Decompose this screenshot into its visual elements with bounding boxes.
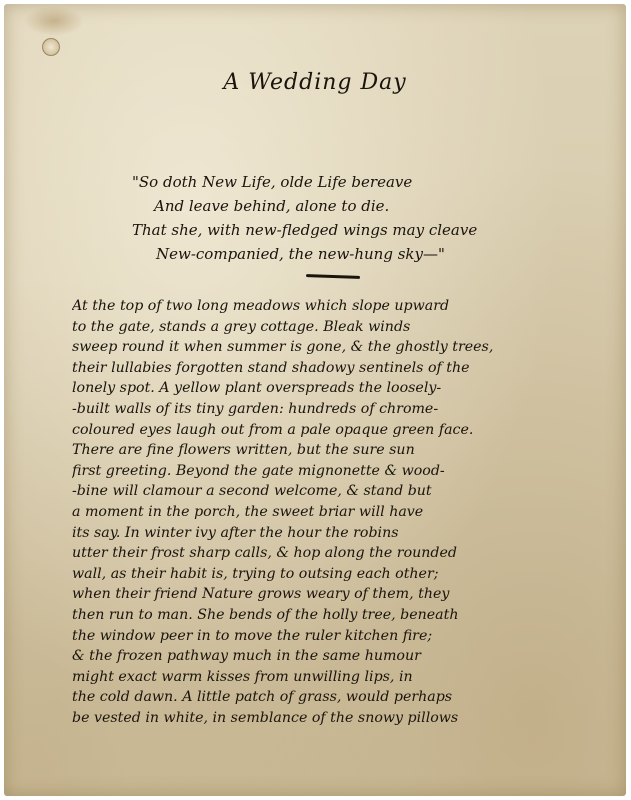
body-line: utter their frost sharp calls, & hop alo… <box>72 543 617 564</box>
epigraph-line: New-companied, the new-hung sky—" <box>132 242 532 266</box>
document-title: A Wedding Day <box>4 70 626 95</box>
body-line: At the top of two long meadows which slo… <box>72 296 617 317</box>
epigraph-line: "So doth New Life, olde Life bereave <box>132 170 532 194</box>
body-line: wall, as their habit is, trying to outsi… <box>72 564 617 585</box>
body-line: a moment in the porch, the sweet briar w… <box>72 502 617 523</box>
body-line: their lullabies forgotten stand shadowy … <box>72 358 617 379</box>
body-line: its say. In winter ivy after the hour th… <box>72 523 617 544</box>
body-line: first greeting. Beyond the gate mignonet… <box>72 461 617 482</box>
punch-hole <box>42 38 60 56</box>
body-line: when their friend Nature grows weary of … <box>72 584 617 605</box>
section-divider <box>306 274 360 279</box>
epigraph: "So doth New Life, olde Life bereave And… <box>132 170 532 266</box>
body-line: & the frozen pathway much in the same hu… <box>72 646 617 667</box>
paper-stain <box>24 6 84 36</box>
body-line: to the gate, stands a grey cottage. Blea… <box>72 317 617 338</box>
body-line: sweep round it when summer is gone, & th… <box>72 337 617 358</box>
body-text: At the top of two long meadows which slo… <box>72 296 617 728</box>
body-line: might exact warm kisses from unwilling l… <box>72 667 617 688</box>
body-line: lonely spot. A yellow plant overspreads … <box>72 378 617 399</box>
body-line: the window peer in to move the ruler kit… <box>72 626 617 647</box>
epigraph-line: That she, with new-fledged wings may cle… <box>132 218 532 242</box>
body-line: There are fine flowers written, but the … <box>72 440 617 461</box>
body-line: the cold dawn. A little patch of grass, … <box>72 687 617 708</box>
manuscript-page: A Wedding Day "So doth New Life, olde Li… <box>4 4 626 796</box>
body-line: -bine will clamour a second welcome, & s… <box>72 481 617 502</box>
epigraph-line: And leave behind, alone to die. <box>132 194 532 218</box>
body-line: -built walls of its tiny garden: hundred… <box>72 399 617 420</box>
body-line: then run to man. She bends of the holly … <box>72 605 617 626</box>
body-line: be vested in white, in semblance of the … <box>72 708 617 729</box>
body-line: coloured eyes laugh out from a pale opaq… <box>72 420 617 441</box>
